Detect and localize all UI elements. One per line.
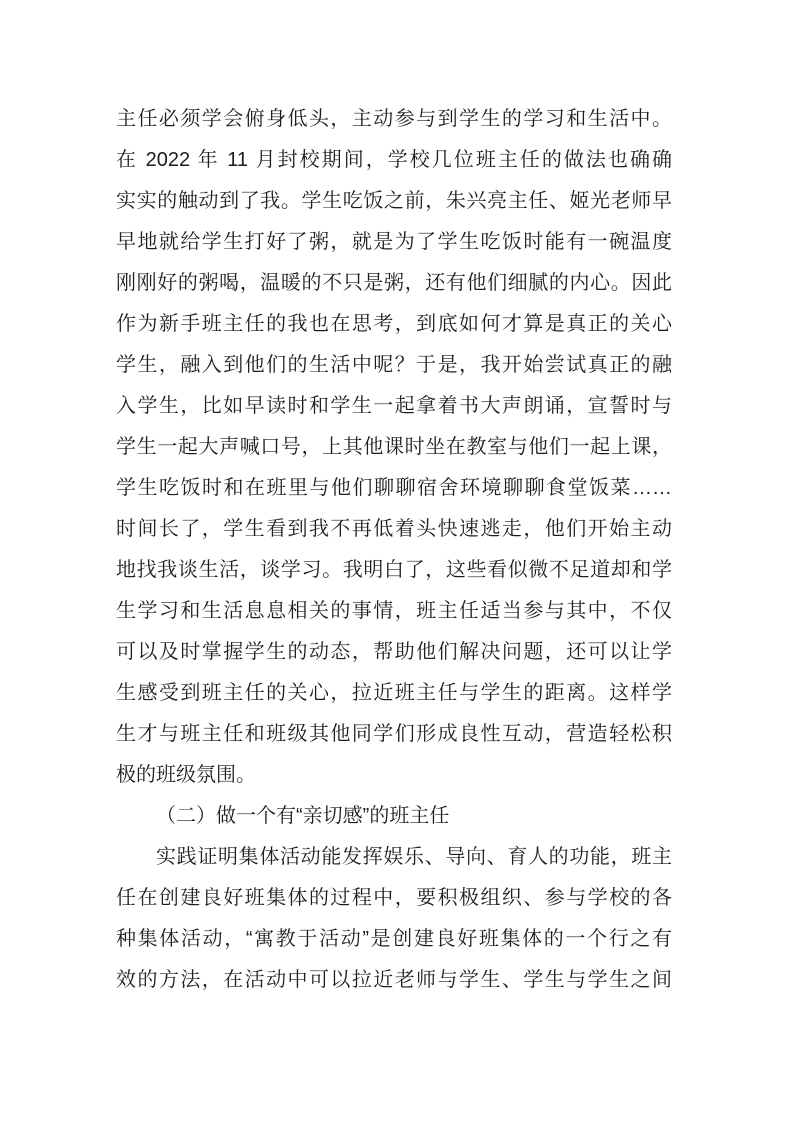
document-page: 主任必须学会俯身低头，主动参与到学生的学习和生活中。 在 2022 年 11 月…: [0, 0, 793, 1122]
text-line: 实实的触动到了我。学生吃饭之前，朱兴亮主任、姬光老师早: [116, 181, 672, 222]
text-line: 在 2022 年 11 月封校期间，学校几位班主任的做法也确确: [116, 140, 672, 181]
text-line: 入学生，比如早读时和学生一起拿着书大声朗诵，宣誓时与: [116, 386, 672, 427]
text-line: 主任必须学会俯身低头，主动参与到学生的学习和生活中。: [116, 99, 672, 140]
text-line: 学生吃饭时和在班里与他们聊聊宿舍环境聊聊食堂饭菜……: [116, 468, 672, 509]
text-line: 早地就给学生打好了粥，就是为了学生吃饭时能有一碗温度: [116, 222, 672, 263]
text-line: 作为新手班主任的我也在思考，到底如何才算是真正的关心: [116, 304, 672, 345]
text-line: 生感受到班主任的关心，拉近班主任与学生的距离。这样学: [116, 673, 672, 714]
text-line: 学生，融入到他们的生活中呢？于是，我开始尝试真正的融: [116, 345, 672, 386]
paragraph-last-line: 极的班级氛围。: [116, 755, 672, 796]
text-line: 生学习和生活息息相关的事情，班主任适当参与其中，不仅: [116, 591, 672, 632]
section-heading: （二）做一个有“亲切感”的班主任: [116, 796, 672, 837]
text-line: 刚刚好的粥喝，温暖的不只是粥，还有他们细腻的内心。因此: [116, 263, 672, 304]
text-line: 种集体活动，“寓教于活动”是创建良好班集体的一个行之有: [116, 919, 672, 960]
document-text-block: 主任必须学会俯身低头，主动参与到学生的学习和生活中。 在 2022 年 11 月…: [116, 99, 672, 1001]
text-line: 效的方法，在活动中可以拉近老师与学生、学生与学生之间: [116, 960, 672, 1001]
text-line: 生才与班主任和班级其他同学们形成良性互动，营造轻松积: [116, 714, 672, 755]
text-line: 地找我谈生活，谈学习。我明白了，这些看似微不足道却和学: [116, 550, 672, 591]
text-line: 任在创建良好班集体的过程中，要积极组织、参与学校的各: [116, 878, 672, 919]
text-line: 时间长了，学生看到我不再低着头快速逃走，他们开始主动: [116, 509, 672, 550]
text-line: 学生一起大声喊口号，上其他课时坐在教室与他们一起上课，: [116, 427, 672, 468]
paragraph-first-line: 实践证明集体活动能发挥娱乐、导向、育人的功能，班主: [116, 837, 672, 878]
text-line: 可以及时掌握学生的动态，帮助他们解决问题，还可以让学: [116, 632, 672, 673]
